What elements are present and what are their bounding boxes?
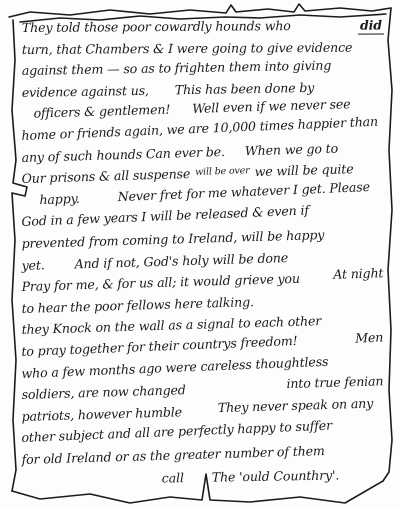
- line-text: officers & gentlemen!: [33, 102, 170, 121]
- line-text: call: [162, 471, 184, 486]
- line-text: happy.: [39, 190, 80, 207]
- line-text: They told those poor cowardly hounds who: [22, 18, 291, 35]
- line-text: Well even if we never see: [192, 97, 351, 117]
- interlined-correction: will be over: [195, 165, 250, 178]
- letter-line-1: They told those poor cowardly hounds who…: [22, 17, 384, 41]
- line-text: into true fenian: [286, 373, 383, 391]
- border-right: [383, 8, 392, 481]
- line-text: evidence against us,: [22, 83, 149, 100]
- line-text: The 'ould Counthry'.: [212, 468, 340, 485]
- line-text: Men: [355, 329, 384, 345]
- line-text: turn, that Chambers & I were going to gi…: [22, 39, 352, 56]
- manuscript-page: They told those poor cowardly hounds who…: [0, 0, 400, 509]
- letter-body: They told those poor cowardly hounds who…: [22, 20, 384, 495]
- line-text: yet.: [21, 257, 44, 273]
- emphasized-word-did: did: [358, 17, 384, 34]
- line-text: At night: [333, 265, 384, 281]
- line-text: When we go to: [245, 140, 339, 158]
- line-text: we will be quite: [254, 161, 353, 179]
- border-top-outer: [9, 4, 391, 17]
- line-text: This has been done by: [175, 80, 315, 97]
- letter-line-22: call The 'ould Counthry'.: [22, 467, 384, 495]
